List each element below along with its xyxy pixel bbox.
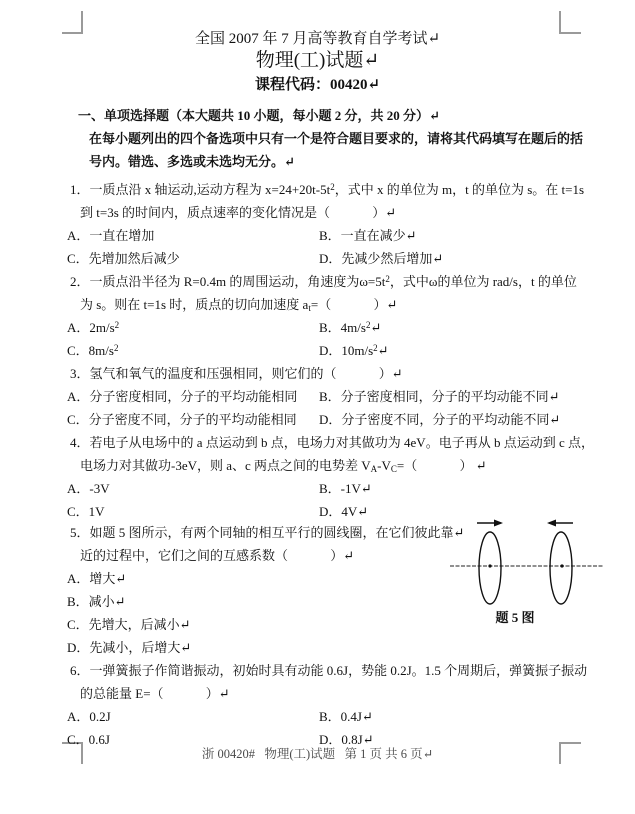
option-c: C．先增加然后减少	[67, 250, 180, 267]
question-stem-line: 为 s。则在 t=1s 时，质点的切向加速度 at=（ ）↵	[80, 296, 397, 313]
option-c: C．分子密度不同，分子的平均动能相同	[67, 411, 297, 428]
question-number: 4．	[70, 435, 90, 450]
option-b: B．0.4J↵	[319, 708, 373, 725]
option-c: C．先增大，后减小↵	[67, 616, 191, 633]
question-stem-line: 1．一质点沿 x 轴运动,运动方程为 x=24+20t-5t2，式中 x 的单位…	[70, 181, 584, 198]
option-d: D．先减少然后增加↵	[319, 250, 443, 267]
question-number: 1．	[70, 182, 90, 197]
arrow-left-icon	[547, 520, 573, 527]
option-a: A．-3V	[67, 480, 110, 497]
figure5-caption: 题 5 图	[440, 607, 590, 626]
question-stem-line: 近的过程中，它们之间的互感系数（ ）↵	[80, 547, 354, 564]
left-coil-center-dot	[488, 564, 491, 567]
question-text: 若电子从电场中的 a 点运动到 b 点，电场力对其做功为 4eV。电子再从 b …	[90, 435, 594, 450]
right-coil	[550, 532, 572, 604]
question-number: 2．	[70, 274, 90, 289]
option-c: C．1V	[67, 503, 105, 520]
left-coil	[479, 532, 501, 604]
question-stem-line: 4．若电子从电场中的 a 点运动到 b 点，电场力对其做功为 4eV。电子再从 …	[70, 434, 594, 451]
question-stem-line: 2．一质点沿半径为 R=0.4m 的周围运动，角速度为ω=5t2，式中ω的单位为…	[70, 273, 577, 290]
option-d: D．10m/s2↵	[319, 342, 389, 359]
question-text: 一弹簧振子作简谐振动，初始时具有动能 0.6J，势能 0.2J。1.5 个周期后…	[90, 663, 588, 678]
option-d: D．先减小，后增大↵	[67, 639, 191, 656]
question-stem-line: 3．氢气和氧气的温度和压强相同，则它们的（ ）↵	[70, 365, 403, 382]
question-number: 6．	[70, 663, 90, 678]
exam-page: 全国 2007 年 7 月高等教育自学考试↵ 物理(工)试题↵ 课程代码：004…	[0, 0, 635, 814]
option-c: C．8m/s2	[67, 342, 118, 359]
exam-subtitle: 物理(工)试题↵	[0, 52, 635, 69]
option-b: B．减小↵	[67, 593, 126, 610]
option-d: D．分子密度不同，分子的平均动能不同↵	[319, 411, 560, 428]
question-stem-line: 到 t=3s 的时间内，质点速率的变化情况是（ ）↵	[80, 204, 396, 221]
option-a: A．一直在增加	[67, 227, 154, 244]
question-text: 一质点沿半径为 R=0.4m 的周围运动，角速度为ω=5t2，式中ω的单位为 r…	[90, 274, 577, 289]
option-b: B．-1V↵	[319, 480, 372, 497]
course-code: 课程代码：00420↵	[0, 77, 635, 94]
question-text: 如题 5 图所示，有两个同轴的相互平行的圆线圈，在它们彼此靠↵	[90, 525, 465, 540]
question-text: 氢气和氧气的温度和压强相同，则它们的（ ）↵	[90, 366, 403, 381]
section-heading: 一、单项选择题（本大题共 10 小题，每小题 2 分，共 20 分）↵	[78, 107, 440, 124]
instructions-line-2: 号内。错选、多选或未选均无分。↵	[89, 153, 295, 170]
question-number: 3．	[70, 366, 90, 381]
option-b: B．分子密度相同，分子的平均动能不同↵	[319, 388, 560, 405]
option-a: A．分子密度相同，分子的平均动能相同	[67, 388, 297, 405]
instructions-line-1: 在每小题列出的四个备选项中只有一个是符合题目要求的，请将其代码填写在题后的括	[89, 130, 583, 147]
option-b: B．4m/s2↵	[319, 319, 381, 336]
option-a: A．增大↵	[67, 570, 126, 587]
exam-title: 全国 2007 年 7 月高等教育自学考试↵	[0, 31, 635, 48]
question-text: 一质点沿 x 轴运动,运动方程为 x=24+20t-5t2，式中 x 的单位为 …	[90, 182, 585, 197]
option-b: B．一直在减少↵	[319, 227, 417, 244]
question-stem-line: 的总能量 E=（ ）↵	[80, 685, 230, 702]
page-footer: 浙 00420# 物理(工)试题 第 1 页 共 6 页↵	[0, 744, 635, 762]
option-a: A．0.2J	[67, 708, 111, 725]
option-d: D．4V↵	[319, 503, 368, 520]
option-a: A．2m/s2	[67, 319, 119, 336]
arrow-right-icon	[477, 520, 503, 527]
mutual-inductance-coils-figure	[440, 500, 620, 610]
question-stem-line: 6．一弹簧振子作简谐振动，初始时具有动能 0.6J，势能 0.2J。1.5 个周…	[70, 662, 587, 679]
right-coil-center-dot	[560, 564, 563, 567]
question-number: 5．	[70, 525, 90, 540]
question-stem-line: 电场力对其做功-3eV，则 a、c 两点之间的电势差 VA-VC=（ ） ↵	[80, 457, 487, 474]
question-stem-line: 5．如题 5 图所示，有两个同轴的相互平行的圆线圈，在它们彼此靠↵	[70, 524, 464, 541]
